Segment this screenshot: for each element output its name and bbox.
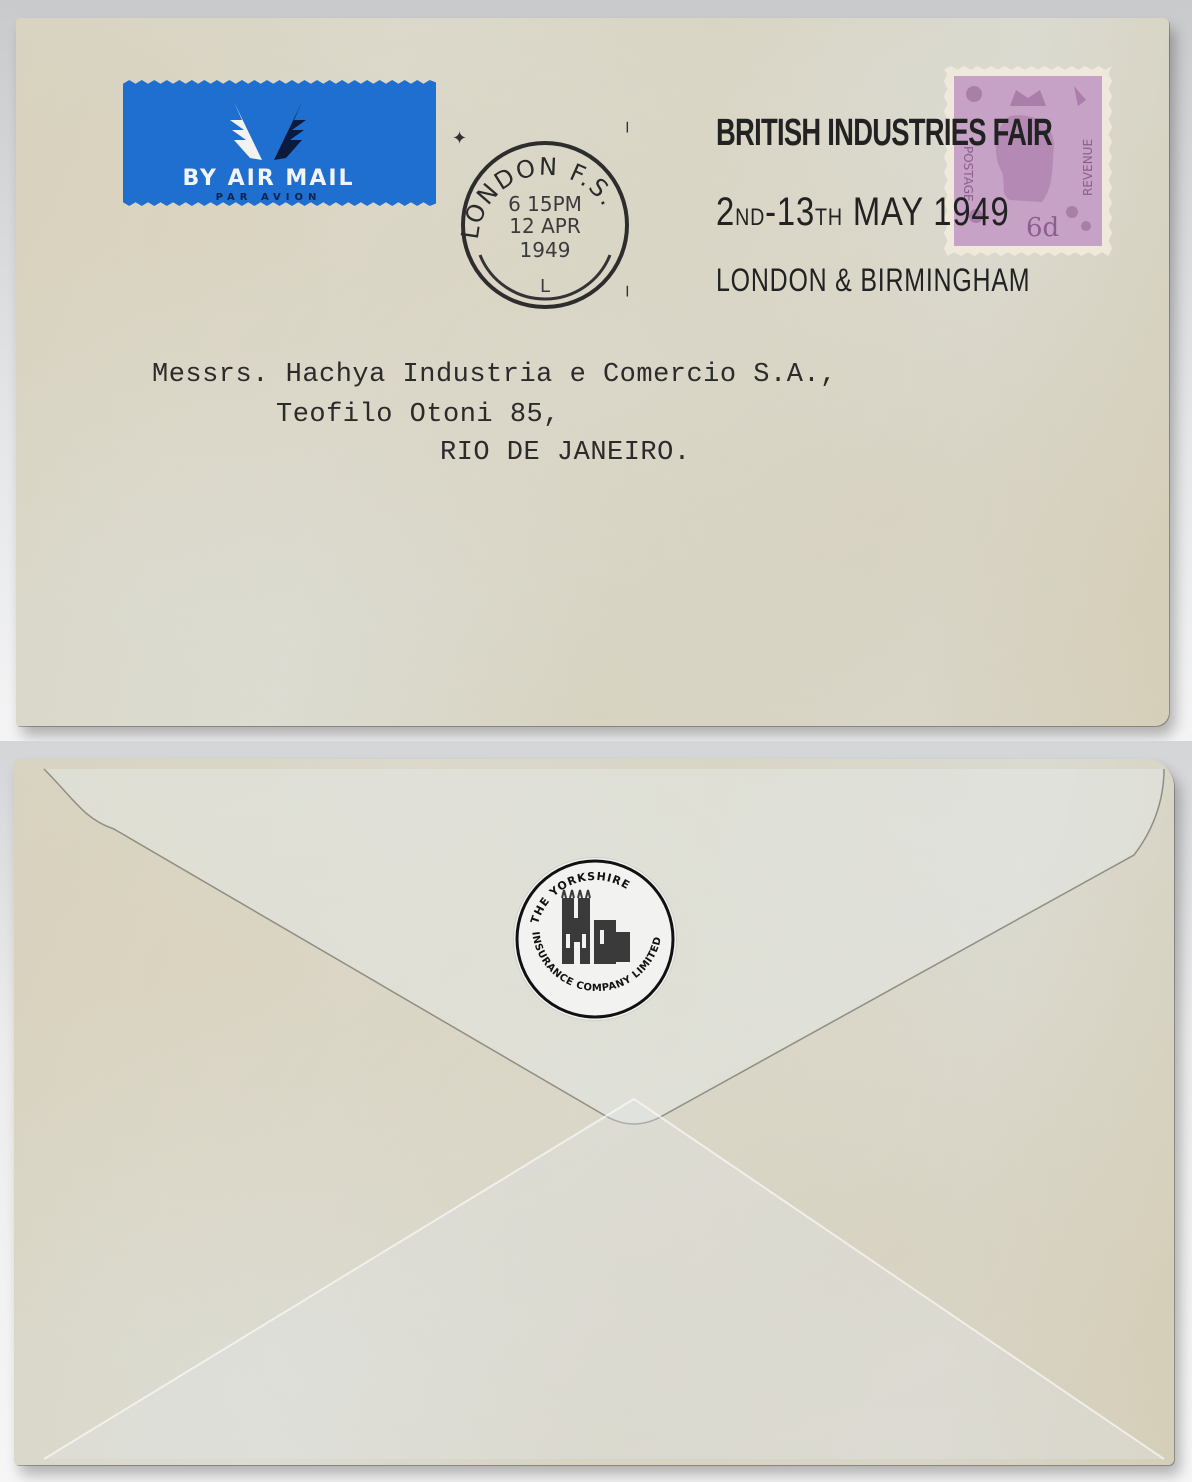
company-seal: THE YORKSHIRE INSURANCE COMPANY LIMITED — [514, 858, 676, 1020]
airmail-title: BY AIR MAIL — [123, 166, 414, 191]
postmark-time: 6 15PM — [450, 192, 640, 216]
postmark-date: 12 APR — [450, 214, 640, 238]
slogan-line-1: BRITISH INDUSTRIES FAIR — [716, 112, 1052, 155]
address-line-3: RIO DE JANEIRO. — [440, 438, 691, 468]
address-line-1: Messrs. Hachya Industria e Comercio S.A.… — [152, 360, 837, 390]
postmark-code: L — [450, 276, 640, 297]
airmail-subtitle: PAR AVION — [123, 192, 414, 203]
postmark-year: 1949 — [450, 238, 640, 262]
envelope-back-scan: THE YORKSHIRE INSURANCE COMPANY LIMITED — [0, 741, 1192, 1482]
wings-icon — [228, 100, 308, 162]
slogan-line-3: LONDON & BIRMINGHAM — [716, 262, 1030, 299]
cathedral-seal-icon: THE YORKSHIRE INSURANCE COMPANY LIMITED — [514, 858, 676, 1020]
slogan-line-2: 2ND-13TH MAY 1949 — [716, 190, 1010, 235]
envelope-front-scan: BY AIR MAIL PAR AVION ✦ ╷ ╷ LONDON F.S. … — [0, 0, 1192, 741]
address-line-2: Teofilo Otoni 85, — [276, 400, 560, 430]
svg-text:REVENUE: REVENUE — [1081, 139, 1095, 196]
airmail-label: BY AIR MAIL PAR AVION — [123, 80, 436, 206]
postmark: LONDON F.S. 6 15PM 12 APR 1949 L — [450, 130, 640, 320]
svg-text:6d: 6d — [1026, 213, 1059, 243]
